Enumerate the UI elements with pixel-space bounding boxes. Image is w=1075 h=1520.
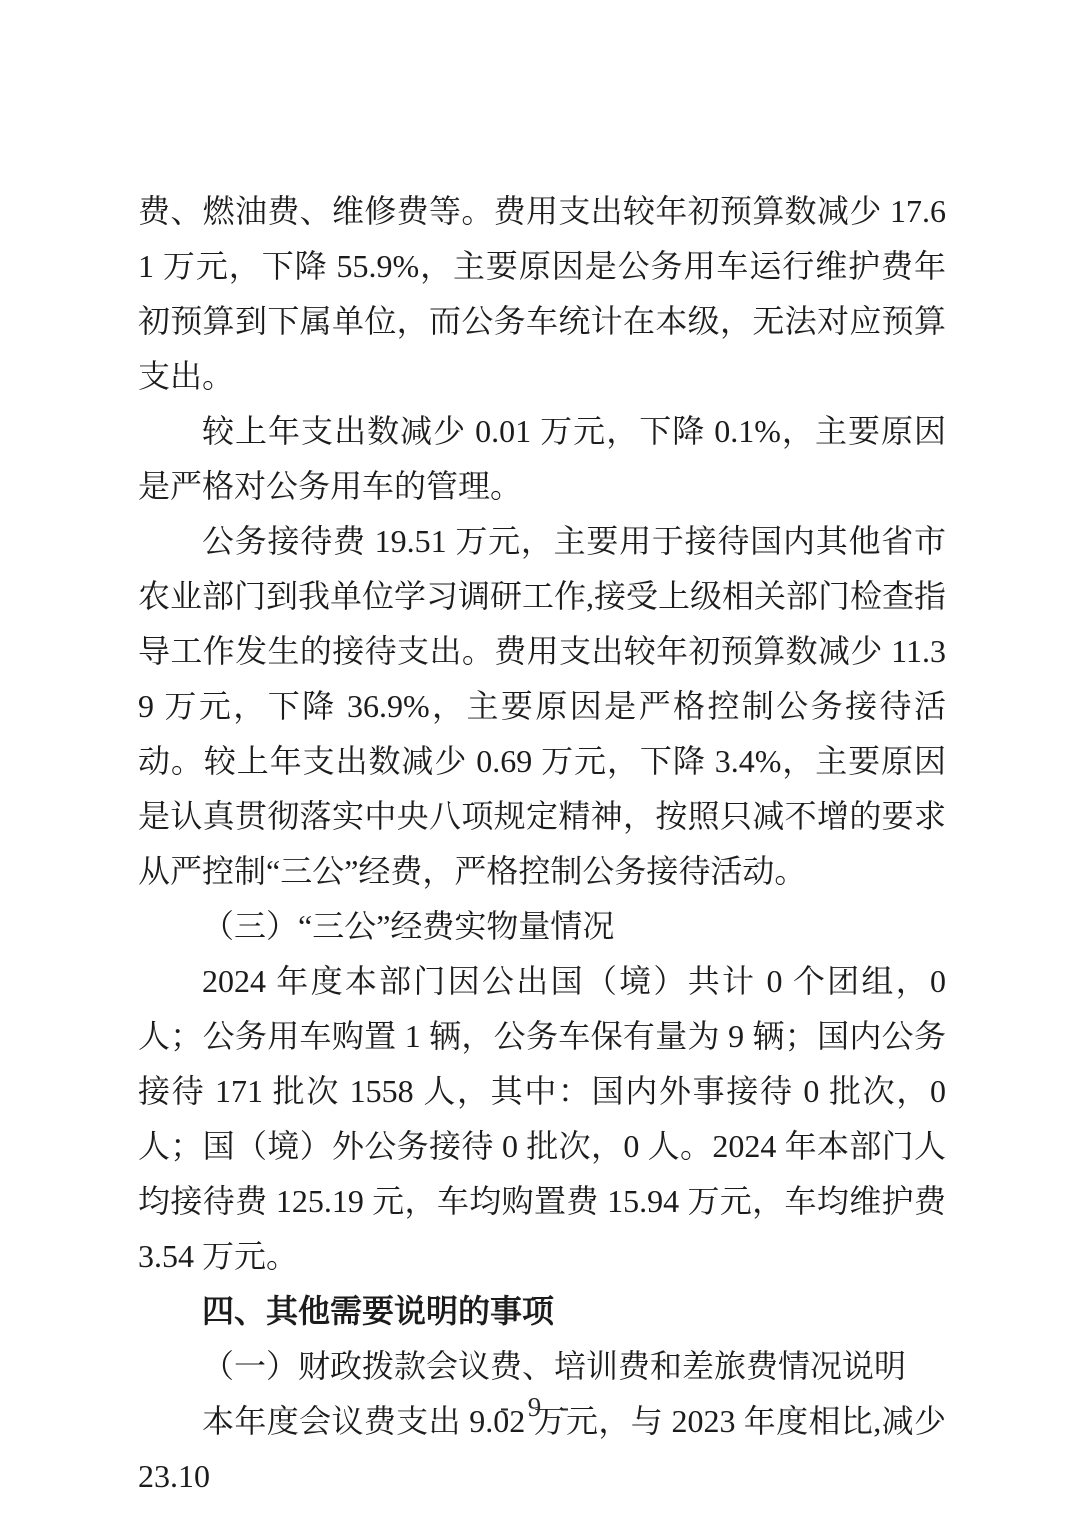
heading-meeting-training-travel-fees: （一）财政拨款会议费、培训费和差旅费情况说明 [138, 1339, 946, 1394]
document-body: 费、燃油费、维修费等。费用支出较年初预算数减少 17.61 万元，下降 55.9… [138, 184, 946, 1504]
paragraph-vehicle-cost-continuation: 费、燃油费、维修费等。费用支出较年初预算数减少 17.61 万元，下降 55.9… [138, 184, 946, 404]
heading-section-four-other-items: 四、其他需要说明的事项 [138, 1284, 946, 1339]
paragraph-official-reception-fee: 公务接待费 19.51 万元，主要用于接待国内其他省市农业部门到我单位学习调研工… [138, 514, 946, 899]
page-number: - 9 - [0, 1390, 1075, 1424]
heading-three-public-physical-quantity: （三）“三公”经费实物量情况 [138, 899, 946, 954]
paragraph-physical-quantity-details: 2024 年度本部门因公出国（境）共计 0 个团组，0 人；公务用车购置 1 辆… [138, 954, 946, 1284]
paragraph-vehicle-vs-last-year: 较上年支出数减少 0.01 万元，下降 0.1%，主要原因是严格对公务用车的管理… [138, 404, 946, 514]
document-page: 费、燃油费、维修费等。费用支出较年初预算数减少 17.61 万元，下降 55.9… [0, 0, 1075, 1520]
